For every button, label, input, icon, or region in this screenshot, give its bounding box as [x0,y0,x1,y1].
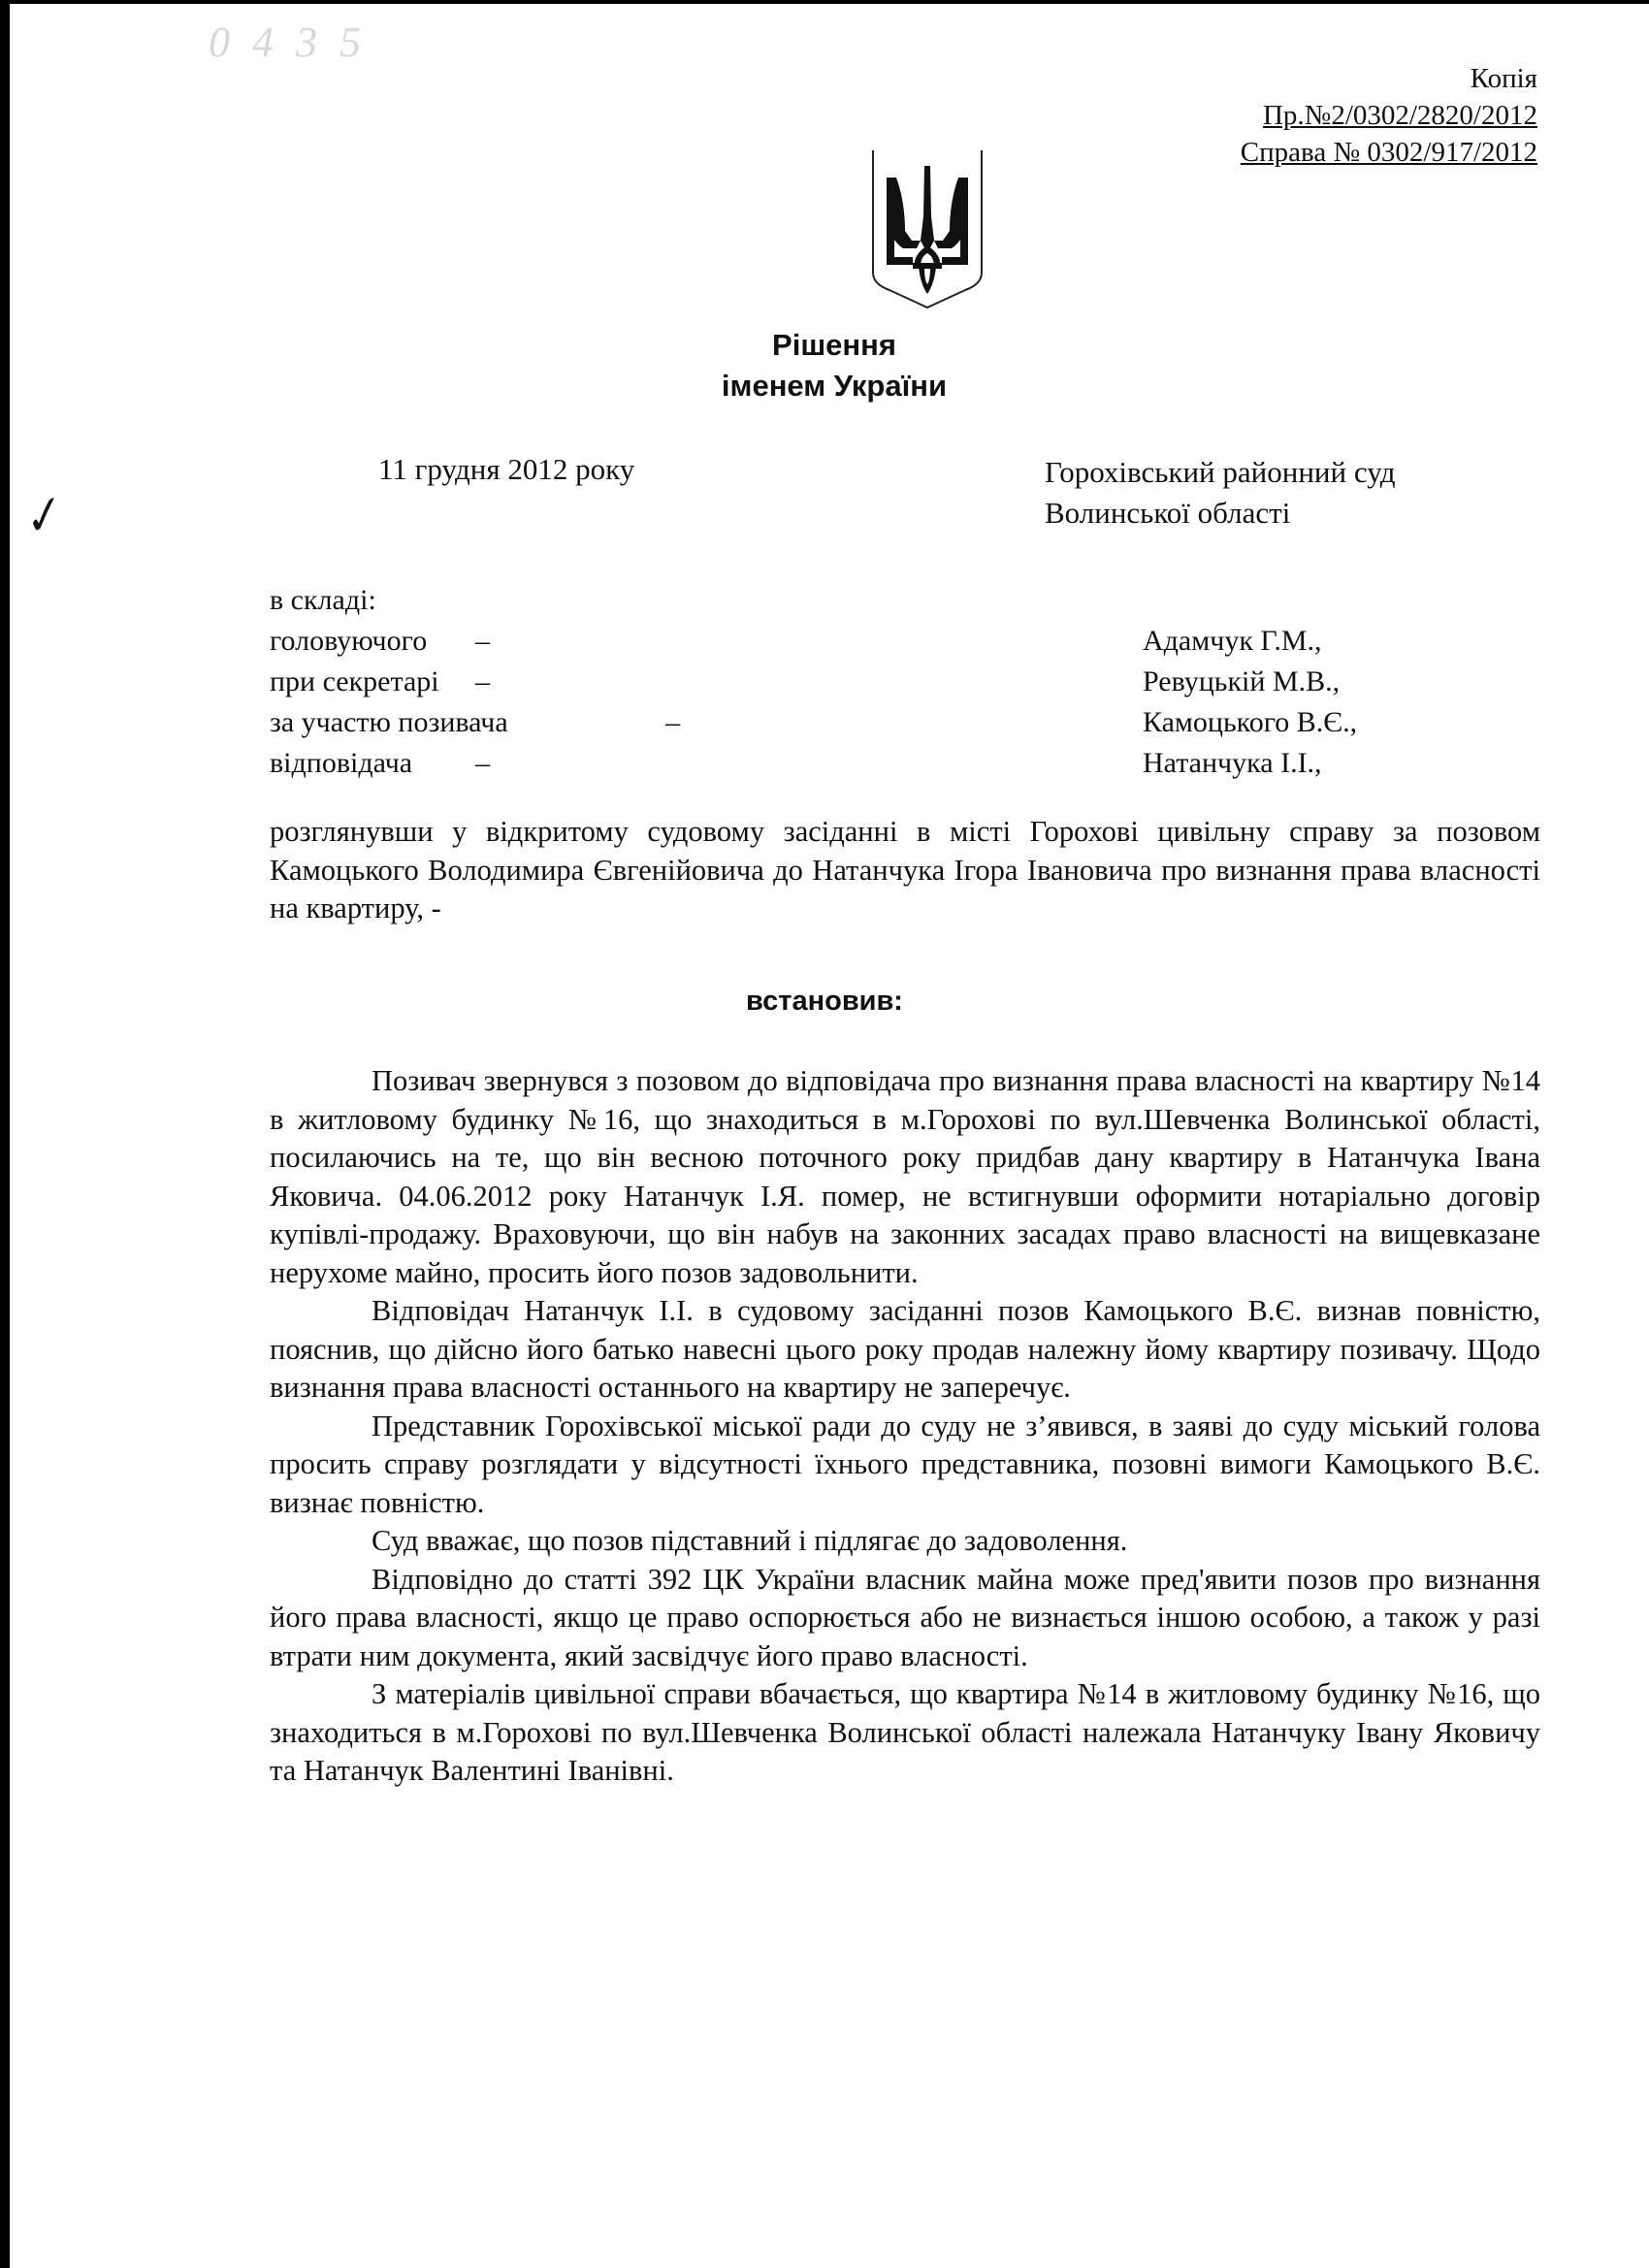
case-number: Справа № 0302/917/2012 [1241,134,1537,171]
composition-row: за участю позивача – Камоцького В.Є., [270,702,1550,743]
participant-name: Камоцького В.Є., [1143,702,1357,743]
role-dash: – [475,662,490,702]
document-page: 0 4 3 5 ✓ Копія Пр.№2/0302/2820/2012 Спр… [0,0,1649,2268]
paragraph: Відповідно до статті 392 ЦК України влас… [270,1561,1540,1676]
composition-row: при секретарі – Ревуцькій М.В., [270,662,1550,702]
document-header-refs: Копія Пр.№2/0302/2820/2012 Справа № 0302… [1241,60,1537,171]
role-label: відповідача [270,743,412,784]
court-name: Горохівський районний суд Волинської обл… [1045,452,1396,534]
faint-stamp-number: 0 4 3 5 [209,17,367,67]
court-composition: в складі: головуючого – Адамчук Г.М., пр… [270,580,1550,784]
composition-row: відповідача – Натанчука І.І., [270,743,1550,784]
role-label: головуючого [270,621,427,662]
role-dash: – [475,743,490,784]
composition-label-row: в складі: [270,580,1550,621]
findings-body: Позивач звернувся з позовом до відповіда… [270,1062,1540,1791]
copy-label: Копія [1241,60,1537,97]
decision-subtitle: іменем України [10,369,1649,404]
scan-edge-left [0,0,10,2268]
margin-check-mark: ✓ [14,485,69,549]
decision-date: 11 грудня 2012 року [378,452,634,487]
scan-edge-top [0,0,1649,4]
role-label: при секретарі [270,662,439,702]
section-heading-established: встановив: [0,986,1649,1018]
composition-row: головуючого – Адамчук Г.М., [270,621,1550,662]
paragraph: Позивач звернувся з позовом до відповіда… [270,1062,1540,1292]
decision-title: Рішення [10,328,1649,363]
ukraine-coat-of-arms-icon [870,148,985,313]
court-name-line1: Горохівський районний суд [1045,452,1396,493]
court-name-line2: Волинської області [1045,493,1396,534]
role-label: за участю позивача [270,702,508,743]
paragraph: Відповідач Натанчук І.І. в судовому засі… [270,1292,1540,1408]
role-dash: – [665,702,680,743]
participant-name: Натанчука І.І., [1143,743,1322,784]
paragraph: Представник Горохівської міської ради до… [270,1408,1540,1523]
composition-label: в складі: [270,580,376,621]
role-dash: – [475,621,490,662]
proceeding-number: Пр.№2/0302/2820/2012 [1241,97,1537,134]
participant-name: Адамчук Г.М., [1143,621,1322,662]
intro-paragraph: розглянувши у відкритому судовому засіда… [270,813,1540,928]
paragraph: З матеріалів цивільної справи вбачається… [270,1675,1540,1791]
participant-name: Ревуцькій М.В., [1143,662,1340,702]
paragraph: Суд вважає, що позов підставний і підляг… [270,1522,1540,1561]
